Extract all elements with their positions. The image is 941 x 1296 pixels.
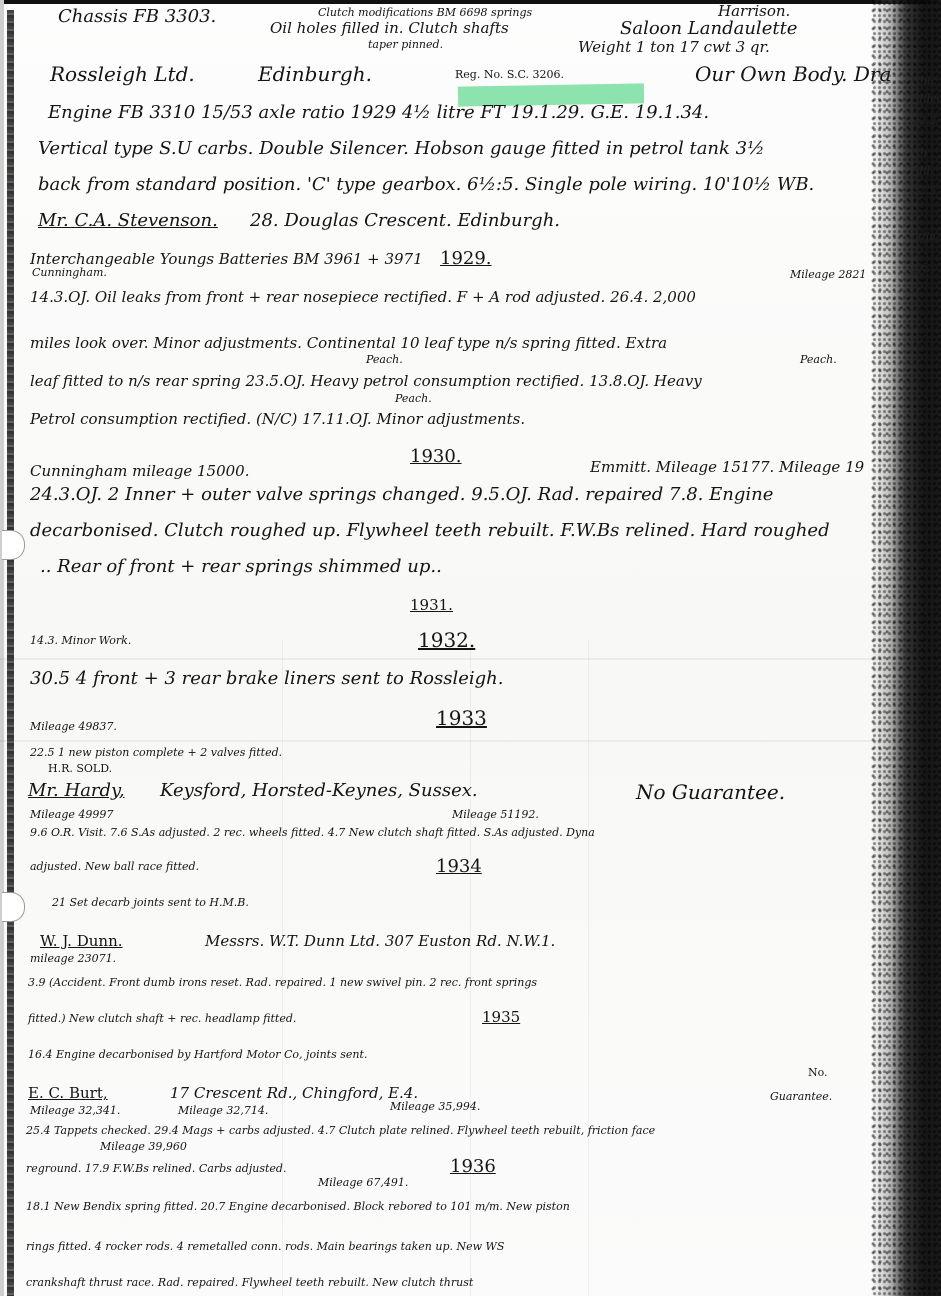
mileage-note: Mileage 35,994.	[390, 1100, 480, 1113]
log-entry: 30.5 4 front + 3 rear brake liners sent …	[30, 668, 503, 689]
mileage-note: mileage 23071.	[30, 952, 116, 965]
fold-line	[470, 640, 471, 1296]
oil-holes-note: Oil holes filled in. Clutch shafts	[270, 19, 509, 37]
registration-number: Reg. No. S.C. 3206.	[455, 68, 564, 81]
log-entry: 25.4 Tappets checked. 29.4 Mags + carbs …	[26, 1124, 655, 1137]
mileage-note: Emmitt. Mileage 15177. Mileage 19	[590, 458, 864, 476]
mileage-note: Mileage 2821	[790, 268, 866, 281]
clutch-modifications: Clutch modifications BM 6698 springs	[318, 6, 532, 19]
log-entry: leaf fitted to n/s rear spring 23.5.OJ. …	[30, 372, 702, 390]
log-entry: 18.1 New Bendix spring fitted. 20.7 Engi…	[26, 1200, 570, 1213]
spec-line: back from standard position. 'C' type ge…	[38, 174, 814, 195]
log-entry: Petrol consumption rectified. (N/C) 17.1…	[30, 410, 525, 428]
dealer-name: Rossleigh Ltd.	[50, 62, 195, 86]
log-entry: rings fitted. 4 rocker rods. 4 remetalle…	[26, 1240, 504, 1253]
margin-note: Milea	[912, 92, 941, 105]
log-entry: 9.6 O.R. Visit. 7.6 S.As adjusted. 2 rec…	[30, 826, 595, 839]
year-1936: 1936	[450, 1156, 496, 1177]
guarantee-no: No.	[808, 1066, 828, 1079]
left-paper-edge	[0, 0, 4, 1296]
log-entry: 16.4 Engine decarbonised by Hartford Mot…	[28, 1048, 367, 1061]
margin-note: adju	[912, 230, 936, 243]
margin-note: Chic	[912, 74, 937, 87]
log-entry: 22.5 1 new piston complete + 2 valves fi…	[30, 746, 282, 759]
owner-1-name: Mr. C.A. Stevenson.	[38, 210, 218, 231]
sold-note: H.R. SOLD.	[48, 762, 112, 775]
year-1932: 1932.	[418, 628, 475, 652]
log-entry: crankshaft thrust race. Rad. repaired. F…	[26, 1276, 473, 1289]
owner-3-name: W. J. Dunn.	[40, 932, 123, 950]
document-page: Chassis FB 3303. Clutch modifications BM…	[0, 0, 941, 1296]
mileage-note: Mileage 67,491.	[318, 1176, 408, 1189]
fold-line	[282, 640, 283, 1296]
log-entry: adjusted. New ball race fitted.	[30, 860, 199, 873]
year-1935: 1935	[482, 1008, 520, 1026]
mileage-note: Mileage 32,341.	[30, 1104, 120, 1117]
log-entry: 14.3.OJ. Oil leaks from front + rear nos…	[30, 288, 696, 306]
cunningham-note: Cunningham.	[32, 266, 107, 279]
left-border	[7, 10, 14, 1296]
margin-note: Mil	[912, 164, 930, 177]
mileage-note: Mileage 51192.	[452, 808, 539, 821]
log-entry: .. Rear of front + rear springs shimmed …	[40, 556, 442, 577]
log-entry: decarbonised. Clutch roughed up. Flywhee…	[30, 520, 830, 541]
year-1930: 1930.	[410, 446, 462, 467]
fold-line	[0, 658, 880, 660]
weight: Weight 1 ton 17 cwt 3 qr.	[578, 38, 770, 56]
log-entry: fitted.) New clutch shaft + rec. headlam…	[28, 1012, 296, 1025]
body-type: Saloon Landaulette	[620, 18, 797, 39]
owner-1-address: 28. Douglas Crescent. Edinburgh.	[250, 210, 560, 231]
owner-4-name: E. C. Burt,	[28, 1084, 108, 1102]
log-entry: 3.9 (Accident. Front dumb irons reset. R…	[28, 976, 537, 989]
chassis-number: Chassis FB 3303.	[58, 6, 216, 27]
margin-note: Ch	[912, 146, 928, 159]
log-entry: miles look over. Minor adjustments. Cont…	[30, 334, 667, 352]
margin-note: 22.5	[912, 184, 937, 197]
spec-line: Engine FB 3310 15/53 axle ratio 1929 4½ …	[48, 102, 709, 123]
year-1933: 1933	[436, 706, 487, 730]
owner-3-address: Messrs. W.T. Dunn Ltd. 307 Euston Rd. N.…	[205, 932, 555, 950]
log-entry: 14.3. Minor Work.	[30, 634, 131, 647]
spec-line: Vertical type S.U carbs. Double Silencer…	[38, 138, 765, 159]
peach-note: Peach.	[800, 353, 837, 366]
mileage-note: Mileage 32,714.	[178, 1104, 268, 1117]
punch-hole	[2, 892, 25, 922]
body-note: Our Own Body. Dra	[695, 62, 891, 86]
owner-2-name: Mr. Hardy,	[28, 780, 125, 801]
owner-2-address: Keysford, Horsted-Keynes, Sussex.	[160, 780, 478, 801]
peach-note: Peach.	[395, 392, 432, 405]
taper-pinned-note: taper pinned.	[368, 38, 443, 51]
mileage-note: Mileage 49837.	[30, 720, 117, 733]
mileage-note: Cunningham mileage 15000.	[30, 462, 250, 480]
year-1934: 1934	[436, 856, 482, 877]
guarantee-note: Guarantee.	[770, 1090, 832, 1103]
log-entry: reground. 17.9 F.W.Bs relined. Carbs adj…	[26, 1162, 286, 1175]
year-1931: 1931.	[410, 596, 453, 614]
margin-note: 15-	[912, 264, 930, 277]
top-border	[0, 0, 941, 4]
log-entry: 21 Set decarb joints sent to H.M.B.	[52, 896, 249, 909]
punch-hole	[2, 530, 25, 560]
year-1929: 1929.	[440, 248, 492, 269]
fold-line	[588, 640, 589, 1296]
mileage-note: Mileage 39,960	[100, 1140, 187, 1153]
fold-line	[0, 740, 880, 742]
log-entry: 24.3.OJ. 2 Inner + outer valve springs c…	[30, 484, 773, 505]
owner-4-address: 17 Crescent Rd., Chingford, E.4.	[170, 1084, 418, 1102]
peach-note: Peach.	[366, 353, 403, 366]
margin-note: 22.2	[912, 114, 937, 127]
dealer-city: Edinburgh.	[258, 62, 372, 86]
mileage-note: Mileage 49997	[30, 808, 113, 821]
guarantee-note: No Guarantee.	[636, 780, 785, 804]
